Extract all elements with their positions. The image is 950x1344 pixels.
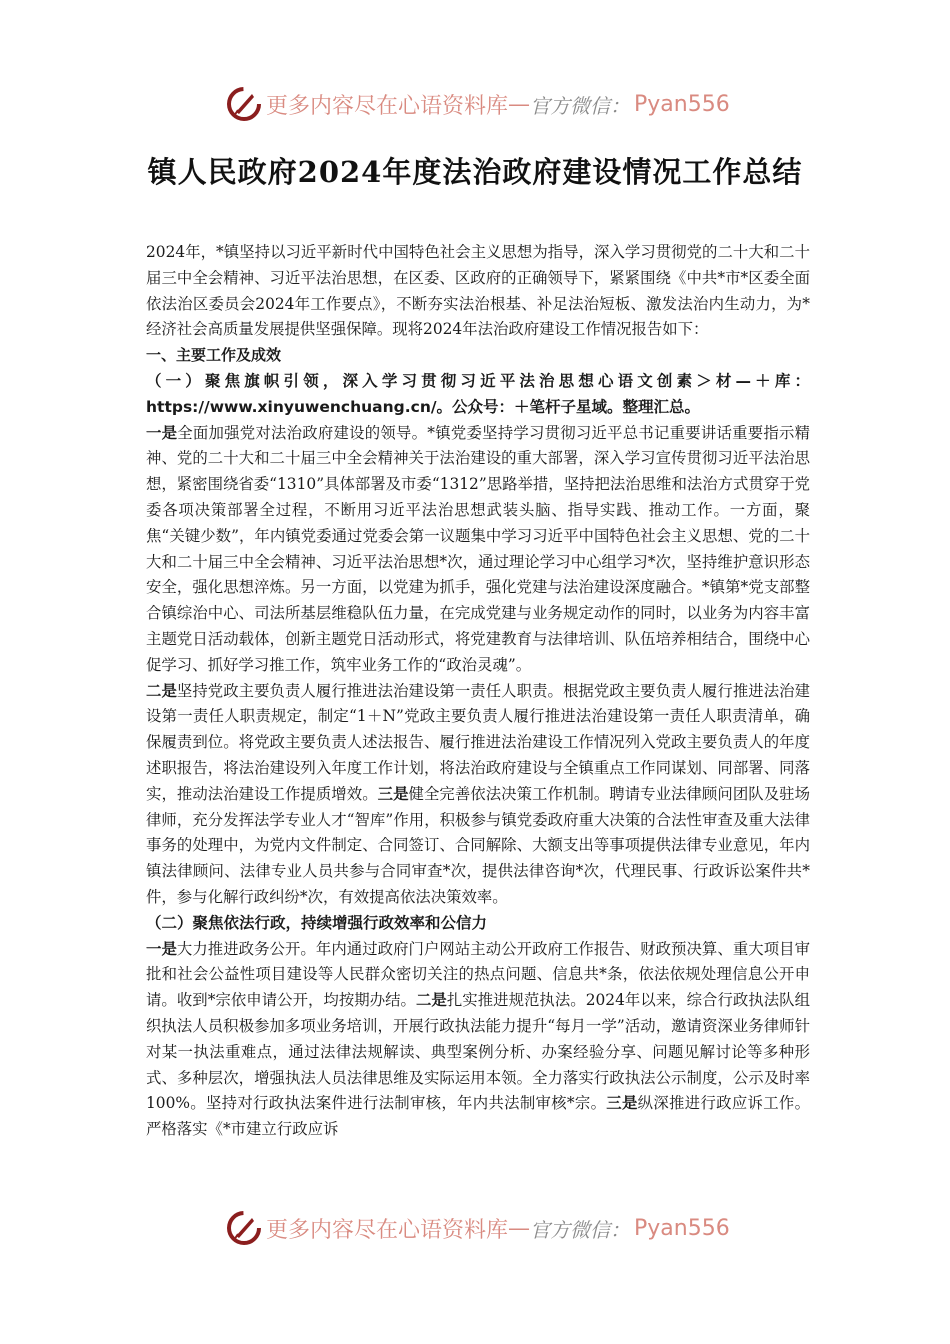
lead-label: 一是: [146, 940, 177, 958]
lead-label: 一是: [146, 424, 177, 442]
quill-pen-logo-icon: [226, 1210, 262, 1246]
subsection-heading-1: （一）聚焦旗帜引领，深入学习贯彻习近平法治思想心语文创素＞材—＋库：https:…: [146, 369, 810, 421]
paragraph-1-2: 二是坚持党政主要负责人履行推进法治建设第一责任人职责。根据党政主要负责人履行推进…: [146, 679, 810, 911]
paragraph-2-1: 一是大力推进政务公开。年内通过政府门户网站主动公开政府工作报告、财政预决算、重大…: [146, 937, 810, 1143]
intro-paragraph: 2024年，*镇坚持以习近平新时代中国特色社会主义思想为指导，深入学习贯彻党的二…: [146, 240, 810, 343]
watermark-banner-bottom: 更多内容尽在心语资料库 — 官方微信： Pyan556: [226, 1208, 730, 1248]
document-body: 2024年，*镇坚持以习近平新时代中国特色社会主义思想为指导，深入学习贯彻党的二…: [146, 240, 810, 1143]
quill-pen-logo-icon: [226, 86, 262, 122]
watermark-wechat-id: Pyan556: [634, 1216, 730, 1241]
watermark-dash: —: [508, 92, 530, 117]
watermark-text-wechat-label: 官方微信：: [530, 1214, 630, 1243]
paragraph-text: 全面加强党对法治政府建设的领导。*镇党委坚持学习贯彻习近平总书记重要讲话重要指示…: [146, 424, 810, 674]
watermark-text-wechat-label: 官方微信：: [530, 90, 630, 119]
lead-label: 三是: [378, 785, 409, 803]
watermark-dash: —: [508, 1216, 530, 1241]
paragraph-1-1: 一是全面加强党对法治政府建设的领导。*镇党委坚持学习贯彻习近平总书记重要讲话重要…: [146, 421, 810, 679]
watermark-wechat-id: Pyan556: [634, 92, 730, 117]
subsection-heading-2: （二）聚焦依法行政，持续增强行政效率和公信力: [146, 911, 810, 937]
watermark-text-primary: 更多内容尽在心语资料库: [266, 89, 508, 120]
lead-label: 二是: [146, 682, 177, 700]
watermark-text-primary: 更多内容尽在心语资料库: [266, 1213, 508, 1244]
lead-label: 三是: [606, 1094, 637, 1112]
document-title: 镇人民政府2024年度法治政府建设情况工作总结: [0, 150, 950, 191]
watermark-banner-top: 更多内容尽在心语资料库 — 官方微信： Pyan556: [226, 84, 730, 124]
section-heading-1: 一、主要工作及成效: [146, 343, 810, 369]
lead-label: 二是: [416, 991, 447, 1009]
